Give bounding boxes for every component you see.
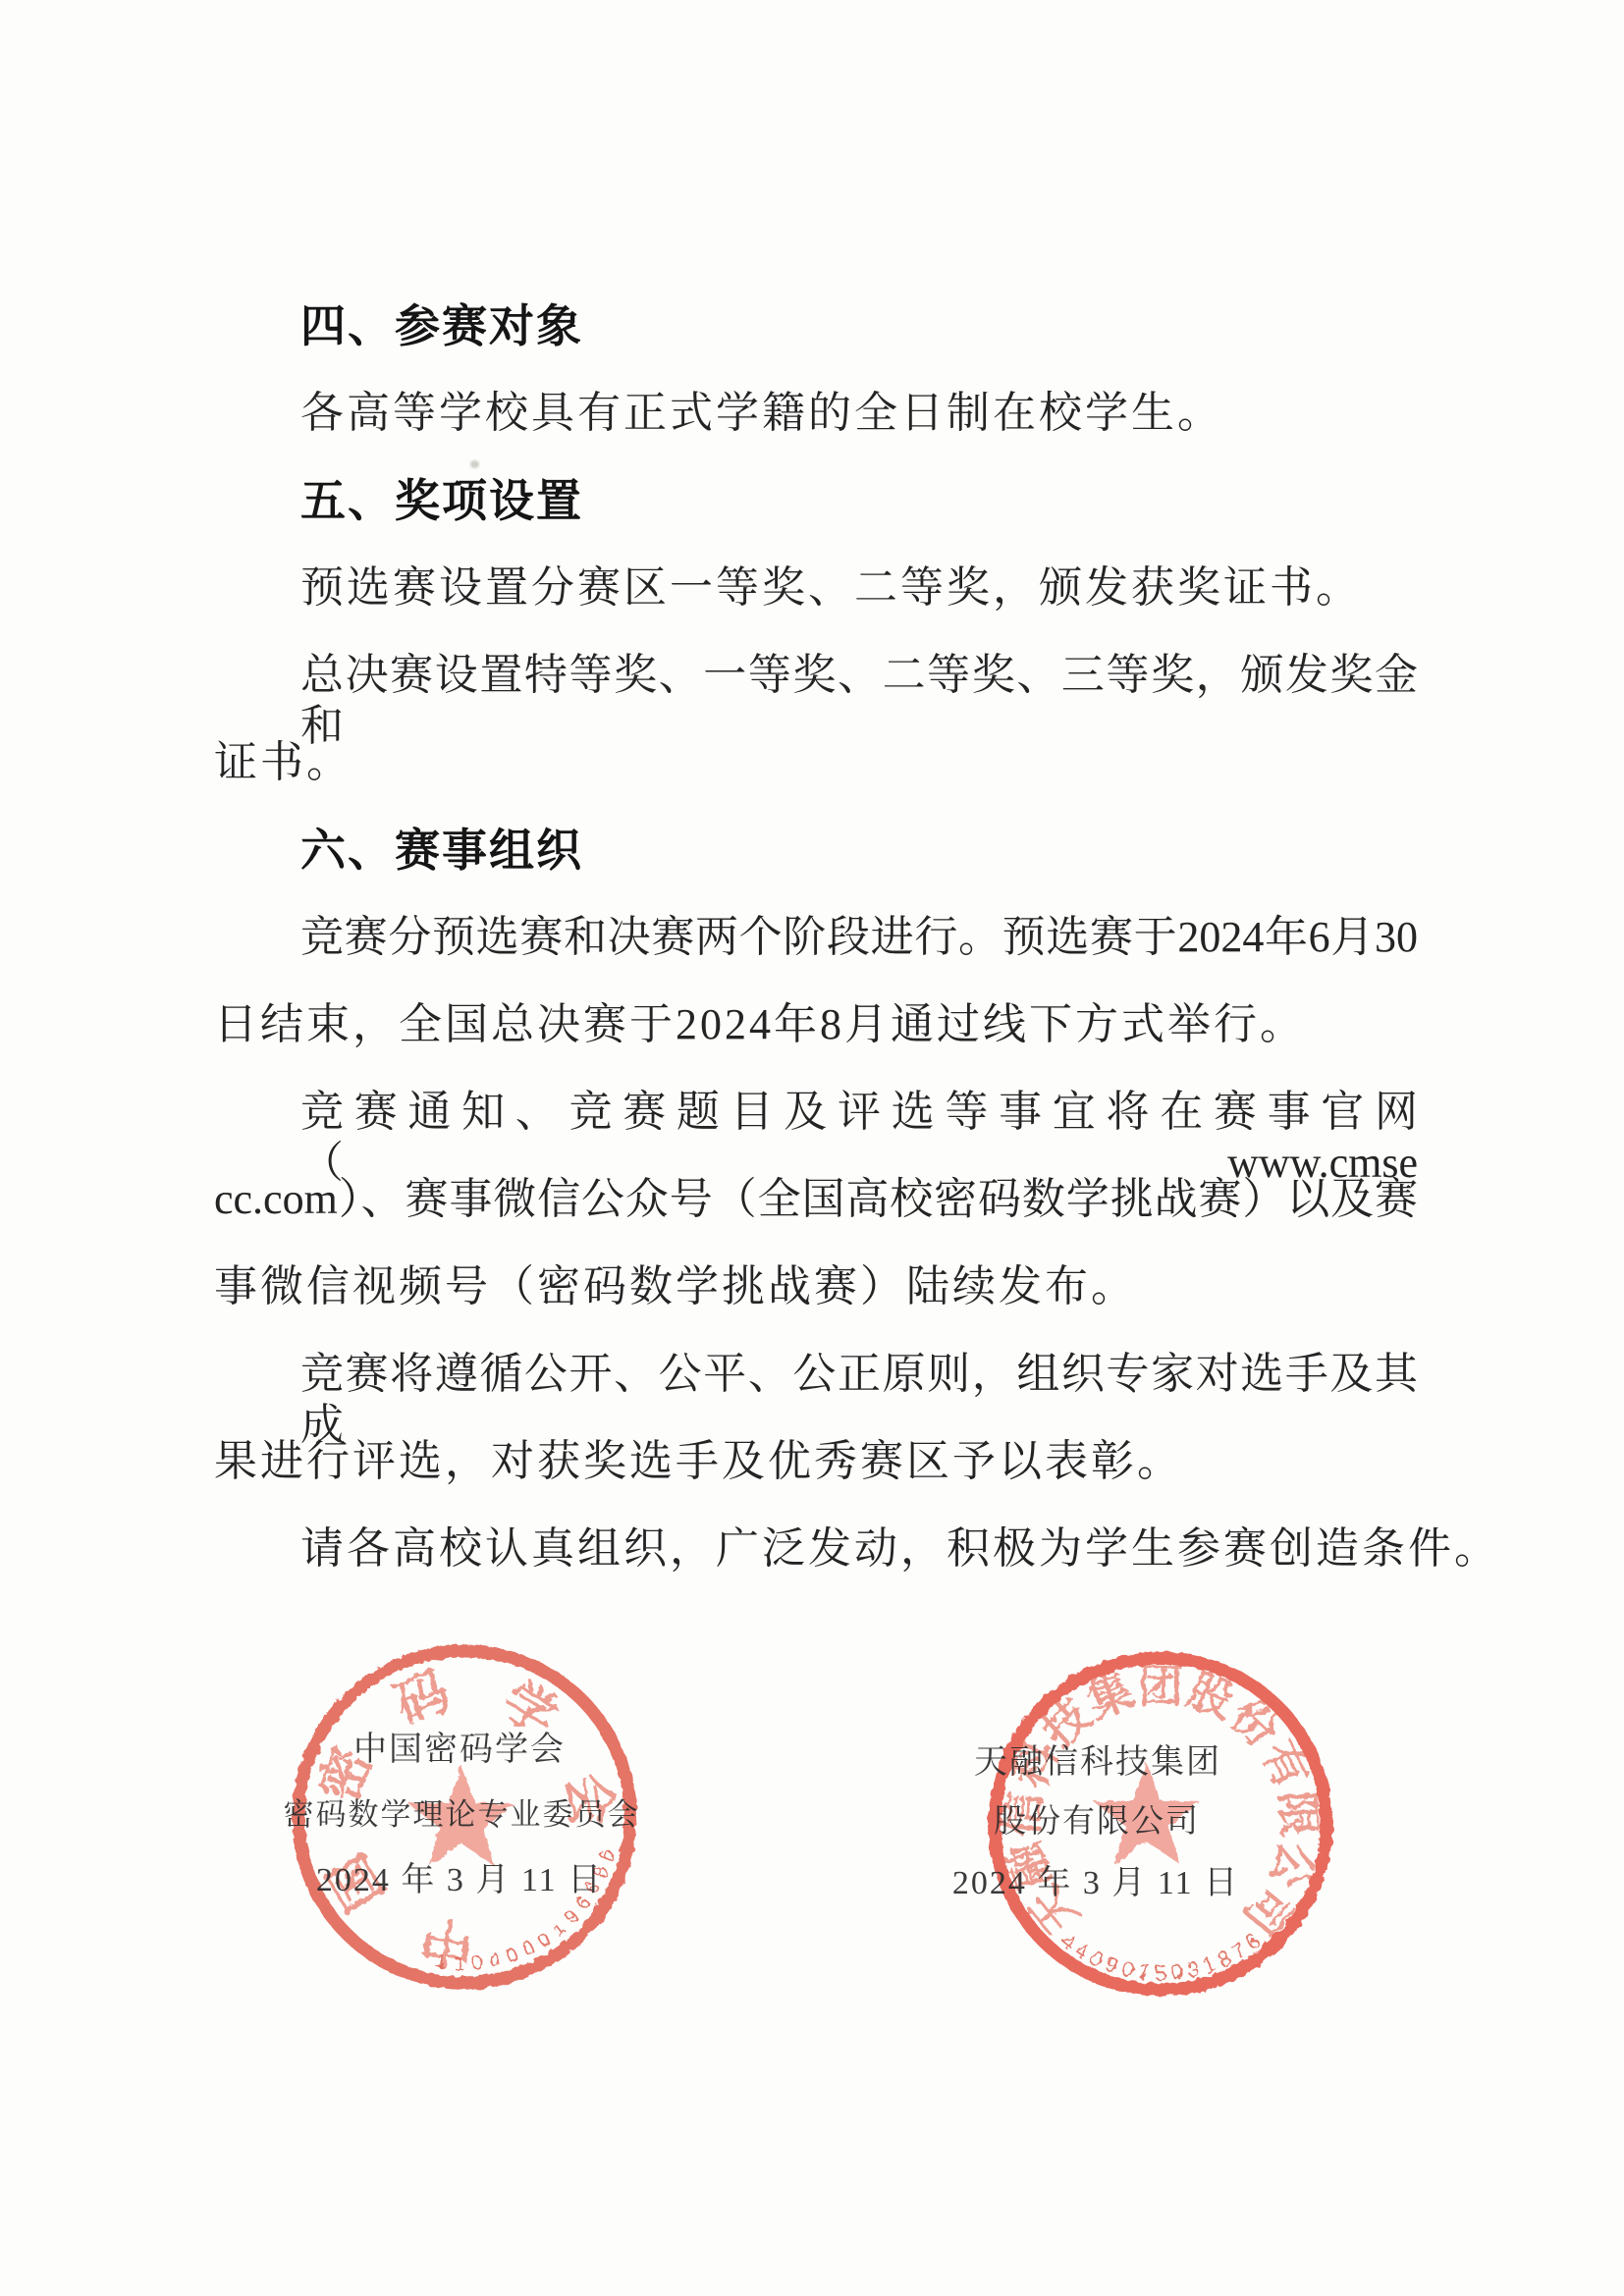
section-heading: 六、赛事组织 — [214, 825, 1418, 912]
document-line: 果进行评选，对获奖选手及优秀赛区予以表彰。 — [214, 1436, 1418, 1523]
document-line: 总决赛设置特等奖、一等奖、二等奖、三等奖，颁发奖金和 — [214, 650, 1418, 737]
document-line: 竞赛分预选赛和决赛两个阶段进行。预选赛于2024年6月30 — [214, 912, 1418, 999]
document-line: 事微信视频号（密码数学挑战赛）陆续发布。 — [214, 1261, 1418, 1349]
seal-org-line: 中国密码学会 — [353, 1731, 566, 1768]
seal-left: 中国密码学会 1100000196686 中国密码学会 密码数学理论专业委员会 … — [282, 1634, 647, 2000]
section-heading: 五、奖项设置 — [214, 475, 1418, 562]
document-line: 日结束，全国总决赛于2024年8月通过线下方式举行。 — [214, 999, 1418, 1087]
seal-serial-char: 9 — [561, 1906, 584, 1929]
seal-serial-char: 0 — [534, 1929, 555, 1953]
seal-date-line: 2024 年 3 月 11 日 — [952, 1864, 1239, 1901]
scan-artifact — [470, 460, 479, 468]
seal-serial-char: 6 — [595, 1847, 619, 1863]
document-line: 请各高校认真组织，广泛发动，积极为学生参赛创造条件。 — [214, 1523, 1418, 1611]
document-line: 预选赛设置分赛区一等奖、二等奖，颁发获奖证书。 — [214, 562, 1418, 650]
document-line: 各高等学校具有正式学籍的全日制在校学生。 — [214, 388, 1418, 475]
seal-right: 天融信科技集团股份有限公司 4409075031876 天融信科技集团 股份有限… — [984, 1645, 1341, 2002]
seal-serial-char: 9 — [1103, 1951, 1122, 1979]
seal-serial-char: 0 — [1119, 1956, 1136, 1983]
seal-ring-char: 中 — [416, 1908, 477, 1974]
seal-serial-char: 0 — [519, 1937, 539, 1961]
seal-serial-char: 0 — [471, 1952, 484, 1975]
seal-committee-line: 密码数学理论专业委员会 — [284, 1797, 640, 1832]
seal-ring-char: 团 — [1138, 1662, 1183, 1712]
seal-serial-char: 1 — [454, 1953, 465, 1975]
section-heading: 四、参赛对象 — [214, 300, 1418, 388]
seal-ring-char: 限 — [1272, 1789, 1325, 1838]
seal-serial-char: 7 — [1137, 1959, 1152, 1985]
document-line: 竞赛通知、竞赛题目及评选等事宜将在赛事官网（www.cmse — [214, 1087, 1418, 1174]
text-block: 四、参赛对象各高等学校具有正式学籍的全日制在校学生。五、奖项设置预选赛设置分赛区… — [214, 300, 1418, 1611]
document-page: 四、参赛对象各高等学校具有正式学籍的全日制在校学生。五、奖项设置预选赛设置分赛区… — [0, 0, 1624, 2296]
seal-org-line2: 股份有限公司 — [994, 1803, 1200, 1840]
seal-serial-char: 0 — [504, 1945, 521, 1968]
document-line: 证书。 — [214, 737, 1418, 825]
seal-date-line: 2024 年 3 月 11 日 — [316, 1861, 603, 1898]
seal-serial-char: 0 — [487, 1949, 502, 1973]
seal-serial-char: 1 — [548, 1918, 570, 1942]
document-line: 竞赛将遵循公开、公平、公正原则，组织专家对选手及其成 — [214, 1349, 1418, 1436]
seal-serial-char: 5 — [1155, 1961, 1166, 1986]
seal-serial-char: 0 — [1169, 1959, 1184, 1985]
document-line: cc.com）、赛事微信公众号（全国高校密码数学挑战赛）以及赛 — [214, 1174, 1418, 1261]
seal-serial-char: 3 — [1185, 1956, 1202, 1983]
seal-org-line: 天融信科技集团 — [974, 1743, 1221, 1781]
seal-ring-char: 码 — [388, 1662, 458, 1735]
